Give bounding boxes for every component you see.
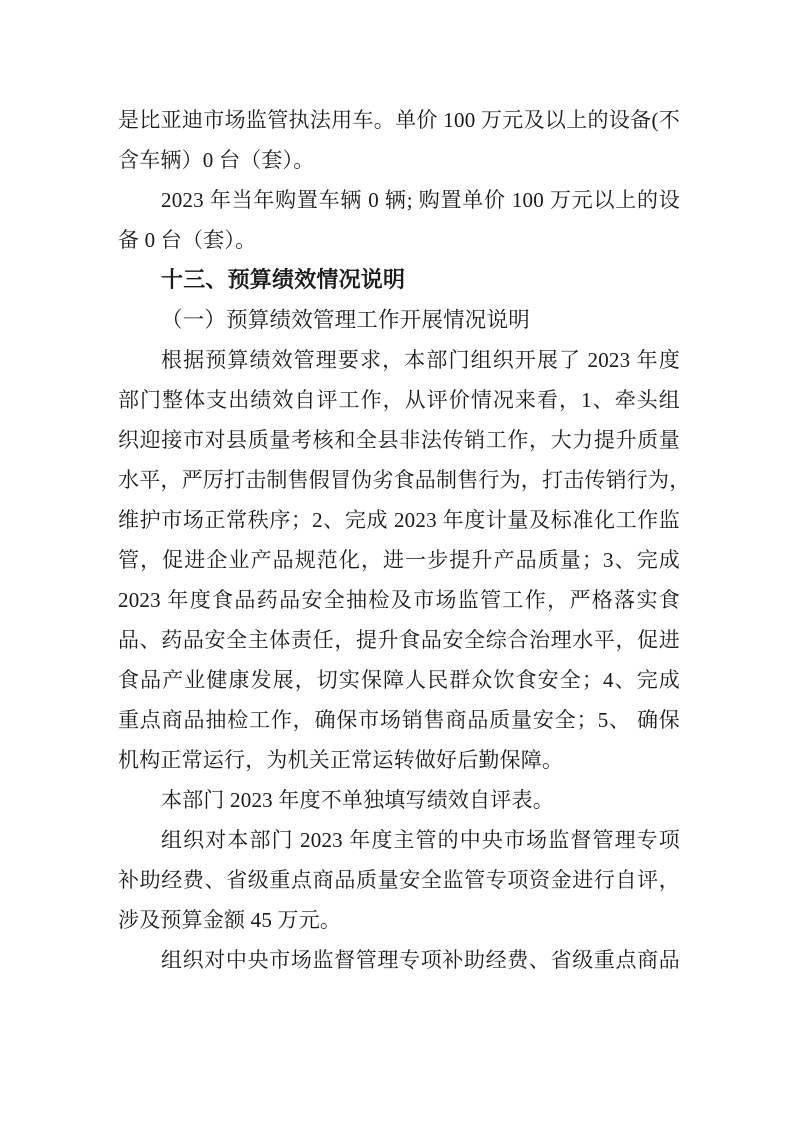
text-line: 2023 年当年购置车辆 0 辆; 购置单价 100 万元以上的设 [118, 180, 680, 220]
text-line: 机构正常运行，为机关正常运转做好后勤保障。 [118, 740, 680, 780]
section-heading: 十三、预算绩效情况说明 [118, 260, 680, 300]
text-line: 是比亚迪市场监管执法用车。单价 100 万元及以上的设备(不 [118, 100, 680, 140]
document-content: 是比亚迪市场监管执法用车。单价 100 万元及以上的设备(不 含车辆）0 台（套… [118, 100, 680, 980]
text-line: 部门整体支出绩效自评工作，从评价情况来看，1、牵头组 [118, 380, 680, 420]
text-line: 本部门 2023 年度不单独填写绩效自评表。 [118, 780, 680, 820]
text-line: 补助经费、省级重点商品质量安全监管专项资金进行自评， [118, 860, 680, 900]
text-line: 2023 年度食品药品安全抽检及市场监管工作，严格落实食 [118, 580, 680, 620]
subsection-heading: （一）预算绩效管理工作开展情况说明 [118, 300, 680, 340]
text-line: 重点商品抽检工作，确保市场销售商品质量安全；5、 确保 [118, 700, 680, 740]
text-line: 维护市场正常秩序；2、完成 2023 年度计量及标准化工作监 [118, 500, 680, 540]
text-line: 组织对中央市场监督管理专项补助经费、省级重点商品 [118, 940, 680, 980]
text-line: 组织对本部门 2023 年度主管的中央市场监督管理专项 [118, 820, 680, 860]
text-line: 织迎接市对县质量考核和全县非法传销工作，大力提升质量 [118, 420, 680, 460]
text-line: 涉及预算金额 45 万元。 [118, 900, 680, 940]
text-line: 备 0 台（套）。 [118, 220, 680, 260]
text-line: 根据预算绩效管理要求，本部门组织开展了 2023 年度 [118, 340, 680, 380]
text-line: 管，促进企业产品规范化，进一步提升产品质量；3、完成 [118, 540, 680, 580]
text-line: 水平，严厉打击制售假冒伪劣食品制售行为，打击传销行为， [118, 460, 680, 500]
text-line: 含车辆）0 台（套）。 [118, 140, 680, 180]
document-page: 是比亚迪市场监管执法用车。单价 100 万元及以上的设备(不 含车辆）0 台（套… [0, 0, 793, 1122]
text-line: 食品产业健康发展，切实保障人民群众饮食安全；4、完成 [118, 660, 680, 700]
text-line: 品、药品安全主体责任，提升食品安全综合治理水平，促进 [118, 620, 680, 660]
